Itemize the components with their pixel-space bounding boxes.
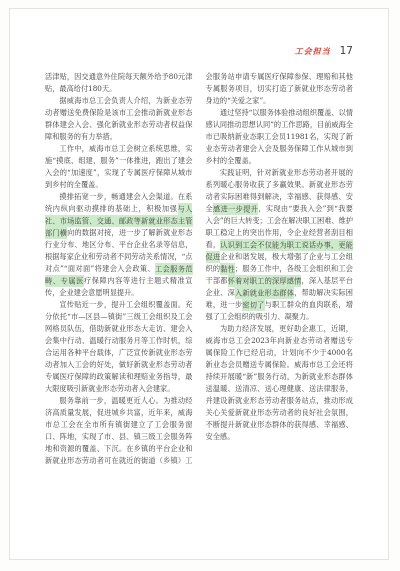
paragraph: 实践证明，针对新就业形态劳动者开展的系列暖心服务收获了多赢效果。新就业形态劳动者… xyxy=(206,167,354,323)
text-segment: 摸排拓宽一步，畅通建会入会渠道。在系统内纵向驱动摸排的基础上，积极加强 xyxy=(45,192,193,213)
highlighted-text: 感进一步提升 xyxy=(213,203,258,215)
paragraph: 为助力经济发展，更好助企惠工，近期，威海市总工会2023年向新业态劳动者赠送专属… xyxy=(206,323,354,443)
paragraph: 活津贴，因交通意外住院每天额外给予80元津贴，最高给付180天。 xyxy=(45,71,193,95)
text-segment: 工作中，威海市总工会树立系统思维，实施“摸底、组建、服务”一体推进，跑出了建会入… xyxy=(45,144,193,189)
text-segment: 活津贴，因交通意外住院每天额外给予80元津贴，最高给付180天。 xyxy=(45,72,193,93)
paragraph: 宣传贴近一步，提升工会组织覆盖面。充分依托“市—区县—镇街”三级工会组织及工会网… xyxy=(45,299,193,395)
section-title: 工会担当 xyxy=(295,46,331,56)
paragraph: 据威海市总工会负责人介绍，为新业态劳动者赠送免费保险是该市工会推动新就业形态群体… xyxy=(45,95,193,143)
paragraph: 工作中，威海市总工会树立系统思维，实施“摸底、组建、服务”一体推进，跑出了建会入… xyxy=(45,143,193,191)
highlighted-text: 密切了 xyxy=(242,299,264,311)
text-segment: 通过坚持“以服务体验推动组织覆盖、以情感认同推动思想认同”的工作思路，目前威海全… xyxy=(206,108,354,165)
highlighted-text: 怀着对职工的深厚感情 xyxy=(228,275,302,287)
page-header: 工会担当17 xyxy=(45,39,353,58)
article-body: 活津贴，因交通意外住院每天额外给予80元津贴，最高给付180天。据威海市总工会负… xyxy=(45,71,353,477)
text-segment: 据威海市总工会负责人介绍，为新业态劳动者赠送免费保险是该市工会推动新就业形态群体… xyxy=(45,96,193,141)
highlighted-text: 入新就业形态群体 xyxy=(235,287,294,299)
paragraph: 摸排拓宽一步，畅通建会入会渠道。在系统内纵向驱动摸排的基础上，积极加强与人社、市… xyxy=(45,191,193,299)
magazine-page: 工会担当17 活津贴，因交通意外住院每天额外给予80元津贴，最高给付180天。据… xyxy=(9,8,389,560)
page-number: 17 xyxy=(340,45,353,57)
highlighted-text: 黏性 xyxy=(220,263,235,275)
paragraph: 通过坚持“以服务体验推动组织覆盖、以情感认同推动思想认同”的工作思路，目前威海全… xyxy=(206,107,354,167)
text-segment: 为助力经济发展，更好助企惠工，近期，威海市总工会2023年向新业态劳动者赠送专属… xyxy=(206,324,354,441)
text-segment: 宣传贴近一步，提升工会组织覆盖面。充分依托“市—区县—镇街”三级工会组织及工会网… xyxy=(45,300,193,393)
